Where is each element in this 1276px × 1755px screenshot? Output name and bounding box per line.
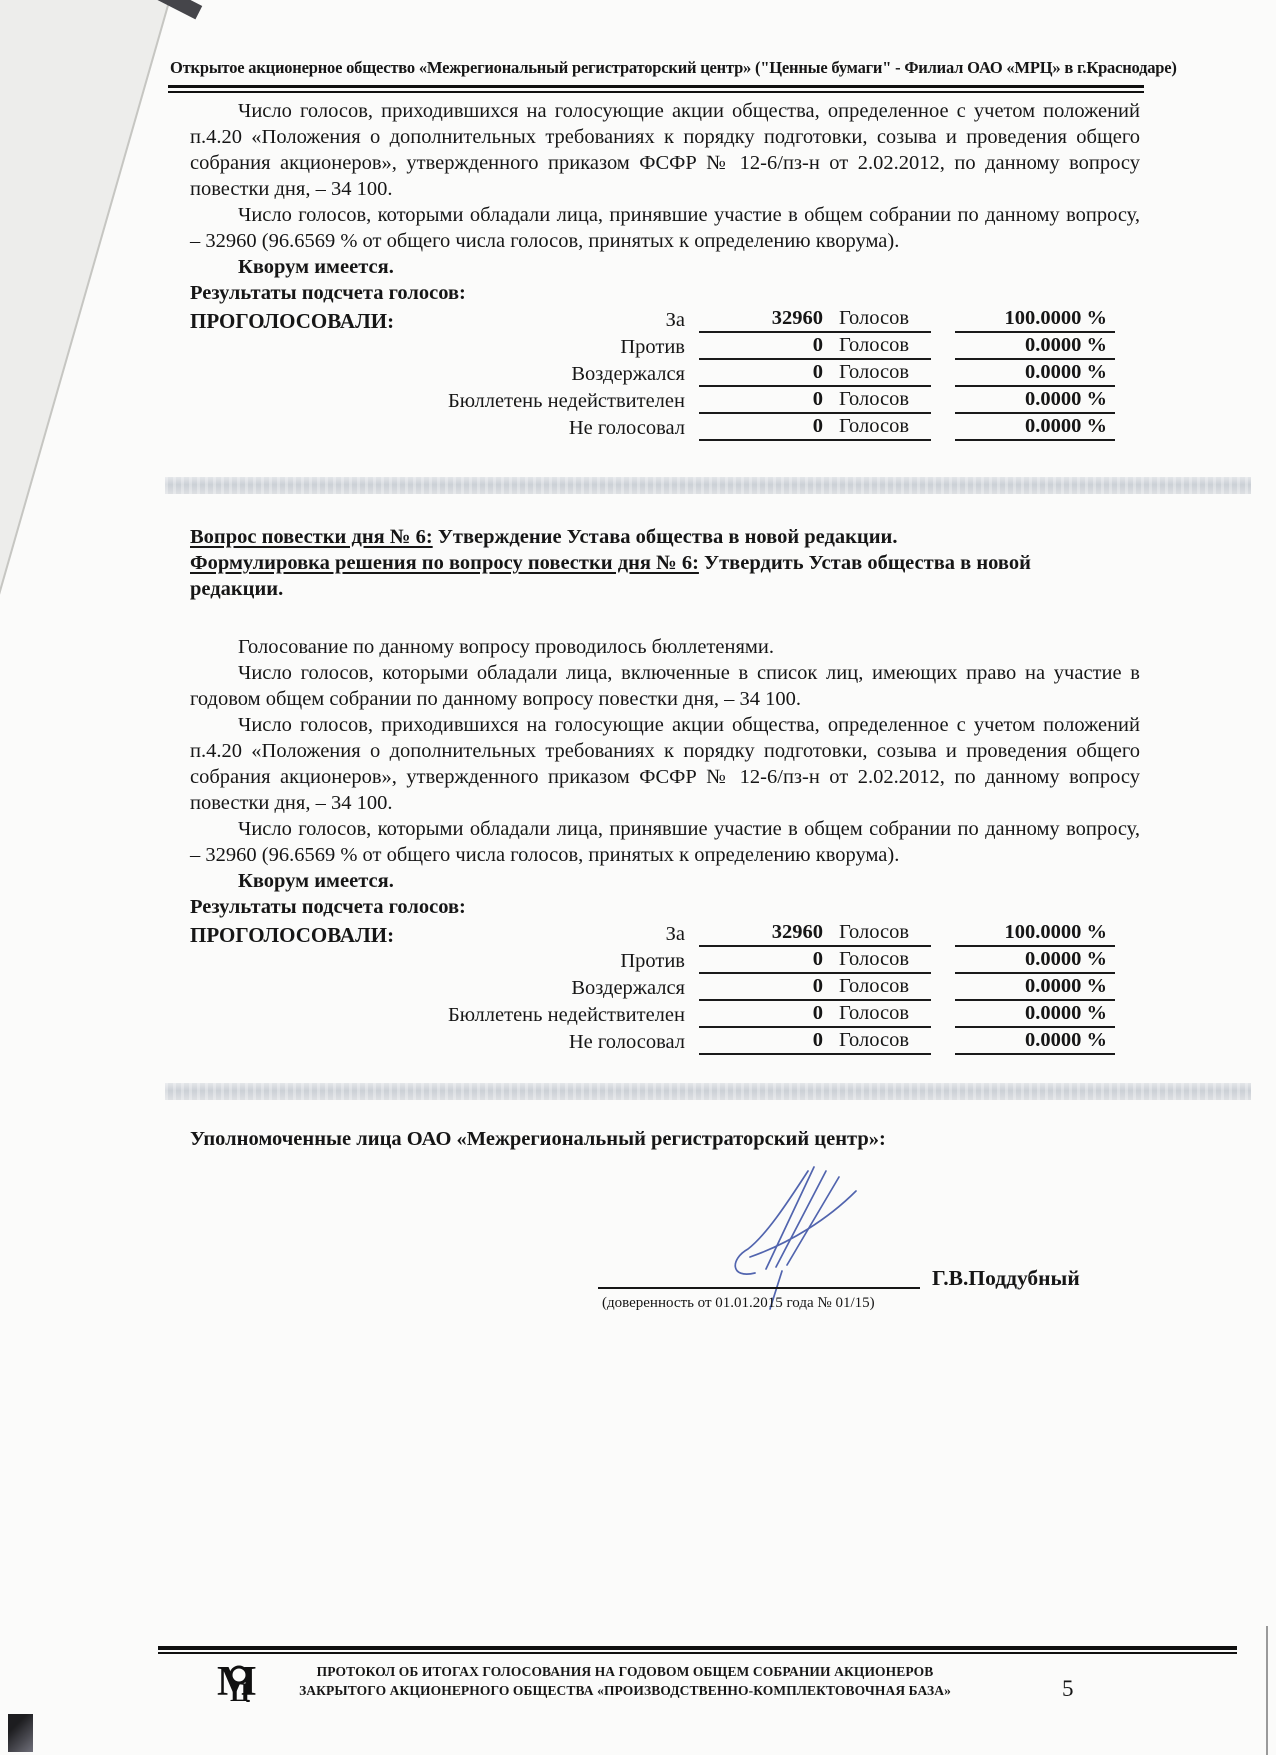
question6-title: Утверждение Устава общества в новой реда… [433,526,898,548]
vote-percent: 0.0000 % [955,332,1115,360]
scan-paper-edge [0,0,174,911]
vote-unit: Голосов [839,973,931,999]
signature-stroke [750,1191,856,1257]
vote-count: 0 [699,1027,839,1053]
vote-row: Против 0 Голосов 0.0000 % [190,333,1140,360]
paragraph-votes-total: Число голосов, приходившихся на голосующ… [190,98,1140,202]
resolution6-label: Формулировка решения по вопросу повестки… [190,552,699,574]
vote-unit: Голосов [839,1027,931,1053]
vote-row: Бюллетень недействителен 0 Голосов 0.000… [190,387,1140,414]
signature-zone: Г.В.Поддубный (доверенность от 01.01.201… [190,1173,1140,1313]
vote-count-cell: 0 Голосов [699,332,931,360]
vote-unit: Голосов [839,386,931,412]
vote-count: 32960 [699,919,839,945]
question6-label: Вопрос повестки дня № 6: [190,526,433,548]
vote-percent: 0.0000 % [955,386,1115,414]
power-of-attorney-note: (доверенность от 01.01.2015 года № 01/15… [602,1290,875,1316]
authorized-persons-heading: Уполномоченные лица ОАО «Межрегиональный… [190,1126,1140,1152]
results-heading: Результаты подсчета голосов: [190,280,1140,306]
document-body: Число голосов, приходившихся на голосующ… [190,98,1140,1313]
logo-circle [231,1667,247,1683]
vote-count: 32960 [699,305,839,331]
vote-percent: 0.0000 % [955,973,1115,1001]
scan-band-separator [165,477,1251,494]
page-header-title: Открытое акционерное общество «Межрегион… [170,58,1146,78]
spacer [190,602,1140,634]
vote-percent: 0.0000 % [955,946,1115,974]
vote-count-cell: 0 Голосов [699,359,931,387]
vote-count: 0 [699,946,839,972]
vote-count-cell: 32960 Голосов [699,919,931,947]
vote-label: Против [190,334,685,360]
paragraph-votes-total: Число голосов, приходившихся на голосующ… [190,712,1140,816]
vote-row: Не голосовал 0 Голосов 0.0000 % [190,1028,1140,1055]
mrc-logo-icon: М Ц [216,1660,262,1702]
scan-bottom-artifact [8,1714,33,1752]
voted-heading: ПРОГОЛОСОВАЛИ: [190,922,394,948]
vote-percent: 0.0000 % [955,359,1115,387]
paragraph-participated: Число голосов, которыми обладали лица, п… [190,202,1140,254]
scan-right-edge [1266,1626,1268,1755]
vote-unit: Голосов [839,359,931,385]
vote-label: Против [190,948,685,974]
footer-line2: ЗАКРЫТОГО АКЦИОНЕРНОГО ОБЩЕСТВА «ПРОИЗВО… [270,1681,980,1700]
header-rule [168,85,1144,93]
vote-row: Против 0 Голосов 0.0000 % [190,947,1140,974]
vote-label: Воздержался [190,975,685,1001]
scanned-protocol-page: Открытое акционерное общество «Межрегион… [0,0,1276,1755]
vote-count: 0 [699,332,839,358]
vote-count: 0 [699,413,839,439]
signer-name: Г.В.Поддубный [932,1265,1080,1291]
vote-row: Воздержался 0 Голосов 0.0000 % [190,360,1140,387]
paragraph-participated: Число голосов, которыми обладали лица, п… [190,816,1140,868]
vote-count-cell: 0 Голосов [699,973,931,1001]
results-heading: Результаты подсчета голосов: [190,894,1140,920]
vote-count-cell: 0 Голосов [699,1000,931,1028]
vote-count-cell: 0 Голосов [699,386,931,414]
vote-count: 0 [699,359,839,385]
vote-percent: 0.0000 % [955,1027,1115,1055]
vote-percent: 0.0000 % [955,413,1115,441]
vote-row: Не голосовал 0 Голосов 0.0000 % [190,414,1140,441]
vote-label: Бюллетень недействителен [190,1002,685,1028]
registrar-logo: М Ц [216,1660,262,1707]
quorum-statement: Кворум имеется. [190,868,1140,894]
vote-results-table: ПРОГОЛОСОВАЛИ: За 32960 Голосов 100.0000… [190,306,1140,441]
signature-line [598,1287,920,1289]
vote-unit: Голосов [839,332,931,358]
voted-heading: ПРОГОЛОСОВАЛИ: [190,308,394,334]
vote-unit: Голосов [839,946,931,972]
vote-percent: 100.0000 % [955,305,1115,333]
paragraph-ballots: Голосование по данному вопросу проводило… [190,634,1140,660]
question6-heading-block: Вопрос повестки дня № 6: Утверждение Уст… [190,524,1100,602]
vote-count: 0 [699,1000,839,1026]
footer-line1: ПРОТОКОЛ ОБ ИТОГАХ ГОЛОСОВАНИЯ НА ГОДОВО… [270,1662,980,1681]
signature-stroke [776,1171,826,1267]
signature-stroke [766,1167,814,1269]
vote-count-cell: 0 Голосов [699,413,931,441]
quorum-statement: Кворум имеется. [190,254,1140,280]
vote-label: Воздержался [190,361,685,387]
vote-count: 0 [699,973,839,999]
footer-rule [158,1646,1237,1654]
vote-row: Воздержался 0 Голосов 0.0000 % [190,974,1140,1001]
vote-count-cell: 0 Голосов [699,946,931,974]
vote-unit: Голосов [839,919,931,945]
vote-label: Не голосовал [190,415,685,441]
paragraph-included: Число голосов, которыми обладали лица, в… [190,660,1140,712]
footer-caption: ПРОТОКОЛ ОБ ИТОГАХ ГОЛОСОВАНИЯ НА ГОДОВО… [270,1662,980,1700]
vote-percent: 0.0000 % [955,1000,1115,1028]
vote-unit: Голосов [839,1000,931,1026]
vote-row: Бюллетень недействителен 0 Голосов 0.000… [190,1001,1140,1028]
vote-count: 0 [699,386,839,412]
vote-count-cell: 0 Голосов [699,1027,931,1055]
page-number: 5 [1062,1676,1074,1702]
scan-band-separator [165,1083,1251,1100]
vote-percent: 100.0000 % [955,919,1115,947]
vote-label: Бюллетень недействителен [190,388,685,414]
vote-count-cell: 32960 Голосов [699,305,931,333]
vote-unit: Голосов [839,413,931,439]
vote-unit: Голосов [839,305,931,331]
vote-label: Не голосовал [190,1029,685,1055]
vote-results-table: ПРОГОЛОСОВАЛИ: За 32960 Голосов 100.0000… [190,920,1140,1055]
